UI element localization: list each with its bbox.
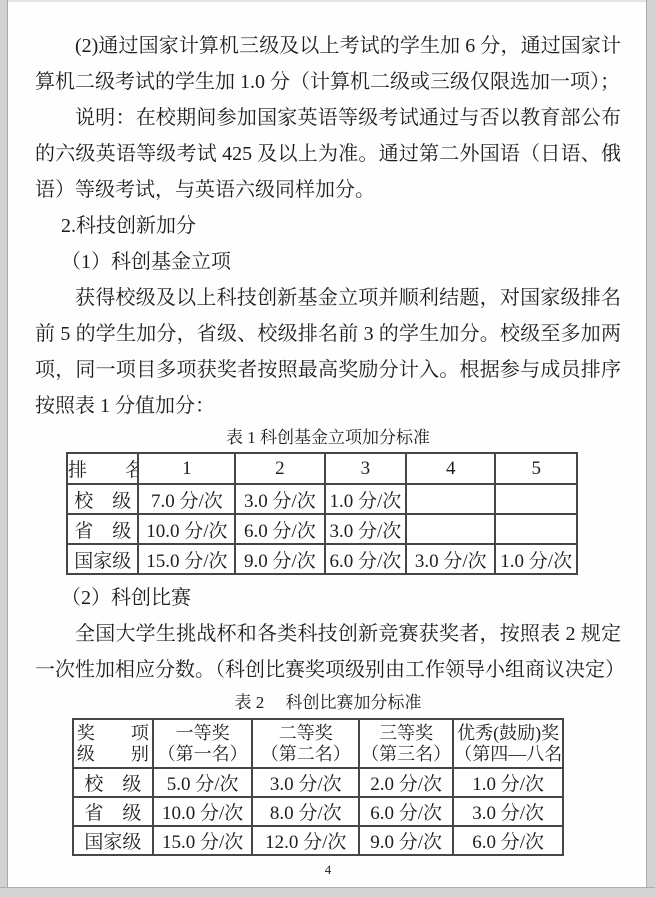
table-header-row: 奖 项 级 别 一等奖 （第一名） 二等奖 （第二名） 三等奖 （第三名） 优秀… xyxy=(73,719,563,768)
corner-line2: 级 别 xyxy=(74,744,152,765)
paragraph-computer-exam: (2)通过国家计算机三级及以上考试的学生加 6 分，通过国家计算机二级考试的学生… xyxy=(35,28,621,100)
cell: 6.0 分/次 xyxy=(235,514,324,544)
table1-col-header: 2 xyxy=(235,453,324,484)
cell: 10.0 分/次 xyxy=(153,797,252,826)
paragraph-fund-body: 获得校级及以上科技创新基金立项并顺利结题，对国家级排名前 5 的学生加分，省级、… xyxy=(35,280,621,424)
col-header-line2: （第三名） xyxy=(360,744,452,765)
table1-col-header: 4 xyxy=(406,453,495,484)
col-header-line1: 三等奖 xyxy=(360,723,452,744)
table1-corner-cell: 排 名 xyxy=(67,453,138,484)
scan-edge-right xyxy=(646,0,655,897)
cell: 1.0 分/次 xyxy=(325,484,407,514)
page-number: 4 xyxy=(35,862,621,877)
cell: 15.0 分/次 xyxy=(153,826,252,855)
cell xyxy=(406,484,495,514)
row-label: 校 级 xyxy=(73,768,153,797)
row-label: 省 级 xyxy=(73,797,153,826)
col-header-line2: （第二名） xyxy=(253,744,358,765)
table1-col-header: 3 xyxy=(325,453,407,484)
col-header-line1: 一等奖 xyxy=(154,723,251,744)
table1-caption: 表 1 科创基金立项加分标准 xyxy=(35,424,621,452)
table2-col-header: 优秀(鼓励)奖 （第四—八名） xyxy=(453,719,563,768)
paragraph-contest-body: 全国大学生挑战杯和各类科技创新竞赛获奖者，按照表 2 规定一次性加相应分数。（科… xyxy=(35,616,621,688)
row-label: 国家级 xyxy=(73,826,153,855)
table-row: 校 级 7.0 分/次 3.0 分/次 1.0 分/次 xyxy=(67,484,577,514)
table1-col-header: 1 xyxy=(138,453,235,484)
col-header-line1: 二等奖 xyxy=(253,723,358,744)
cell: 3.0 分/次 xyxy=(252,768,359,797)
cell: 15.0 分/次 xyxy=(138,544,235,574)
cell: 1.0 分/次 xyxy=(453,768,563,797)
cell xyxy=(495,514,577,544)
table-row: 校 级 5.0 分/次 3.0 分/次 2.0 分/次 1.0 分/次 xyxy=(73,768,563,797)
cell: 6.0 分/次 xyxy=(359,797,453,826)
table-row: 国家级 15.0 分/次 9.0 分/次 6.0 分/次 3.0 分/次 1.0… xyxy=(67,544,577,574)
heading-contest: （2）科创比赛 xyxy=(35,580,621,616)
heading-innovation-bonus: 2.科技创新加分 xyxy=(35,208,621,244)
scanned-document-page: (2)通过国家计算机三级及以上考试的学生加 6 分，通过国家计算机二级考试的学生… xyxy=(0,0,655,897)
corner-line1: 奖 项 xyxy=(74,723,152,744)
table2-col-header: 三等奖 （第三名） xyxy=(359,719,453,768)
col-header-line1: 优秀(鼓励)奖 xyxy=(454,723,562,744)
table-row: 省 级 10.0 分/次 8.0 分/次 6.0 分/次 3.0 分/次 xyxy=(73,797,563,826)
paragraph-english-note: 说明：在校期间参加国家英语等级考试通过与否以教育部公布的六级英语等级考试 425… xyxy=(35,100,621,208)
cell xyxy=(406,514,495,544)
cell: 1.0 分/次 xyxy=(495,544,577,574)
table-contest-standards: 奖 项 级 别 一等奖 （第一名） 二等奖 （第二名） 三等奖 （第三名） 优秀… xyxy=(72,718,564,856)
cell: 10.0 分/次 xyxy=(138,514,235,544)
col-header-line2: （第四—八名） xyxy=(454,744,562,765)
cell: 2.0 分/次 xyxy=(359,768,453,797)
table-header-row: 排 名 1 2 3 4 5 xyxy=(67,453,577,484)
cell: 3.0 分/次 xyxy=(453,797,563,826)
scan-edge-bottom xyxy=(0,887,655,897)
cell: 7.0 分/次 xyxy=(138,484,235,514)
scan-edge-top xyxy=(0,0,655,2)
row-label: 省 级 xyxy=(67,514,138,544)
cell: 9.0 分/次 xyxy=(359,826,453,855)
scan-edge-left xyxy=(0,0,8,897)
cell: 6.0 分/次 xyxy=(453,826,563,855)
cell: 9.0 分/次 xyxy=(235,544,324,574)
heading-fund-project: （1）科创基金立项 xyxy=(35,244,621,280)
row-label: 国家级 xyxy=(67,544,138,574)
cell: 5.0 分/次 xyxy=(153,768,252,797)
table-row: 省 级 10.0 分/次 6.0 分/次 3.0 分/次 xyxy=(67,514,577,544)
cell: 3.0 分/次 xyxy=(235,484,324,514)
table2-col-header: 一等奖 （第一名） xyxy=(153,719,252,768)
col-header-line2: （第一名） xyxy=(154,744,251,765)
table2-corner-cell: 奖 项 级 别 xyxy=(73,719,153,768)
table-fund-project-standards: 排 名 1 2 3 4 5 校 级 7.0 分/次 3.0 分/次 1.0 分/… xyxy=(66,452,578,575)
cell: 8.0 分/次 xyxy=(252,797,359,826)
table-row: 国家级 15.0 分/次 12.0 分/次 9.0 分/次 6.0 分/次 xyxy=(73,826,563,855)
document-content: (2)通过国家计算机三级及以上考试的学生加 6 分，通过国家计算机二级考试的学生… xyxy=(35,28,621,877)
row-label: 校 级 xyxy=(67,484,138,514)
cell: 3.0 分/次 xyxy=(406,544,495,574)
cell: 6.0 分/次 xyxy=(325,544,407,574)
cell: 12.0 分/次 xyxy=(252,826,359,855)
cell xyxy=(495,484,577,514)
table1-col-header: 5 xyxy=(495,453,577,484)
table2-caption: 表 2 科创比赛加分标准 xyxy=(35,688,621,718)
table2-col-header: 二等奖 （第二名） xyxy=(252,719,359,768)
cell: 3.0 分/次 xyxy=(325,514,407,544)
